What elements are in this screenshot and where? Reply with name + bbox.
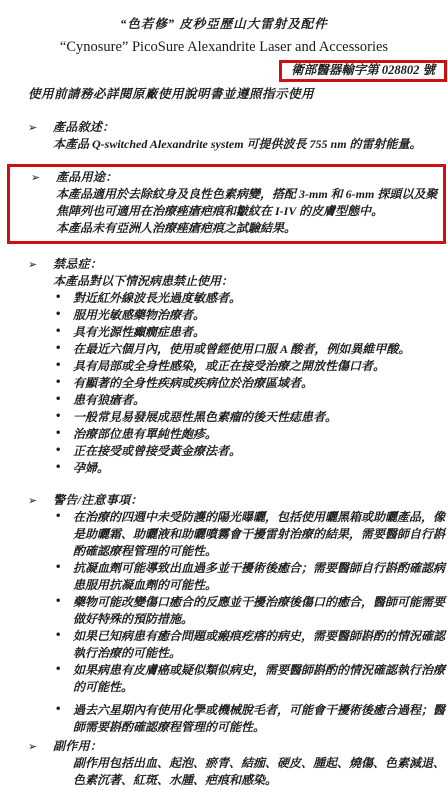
bullet-icon: • bbox=[55, 559, 61, 576]
description-body: 本產品 Q-switched Alexandrite system 可提供波長 … bbox=[53, 136, 444, 153]
bullet-icon: • bbox=[55, 340, 61, 357]
contraindication-text: 患有狼瘡者。 bbox=[73, 393, 145, 407]
contraindication-item: • 具有局部或全身性感染，或正在接受治療之開放性傷口者。 bbox=[73, 358, 448, 375]
contraindication-text: 治療部位患有單純性皰疹。 bbox=[73, 427, 217, 441]
contraindication-text: 具有光源性癲癇症患者。 bbox=[73, 325, 205, 339]
contraindication-text: 有顯著的全身性疾病或疾病位於治療區域者。 bbox=[73, 376, 313, 390]
section-side-effects: ➢ 副作用： 副作用包括出血、起泡、瘀青、結痂、硬皮、腫起、燒傷、色素減退、色素… bbox=[0, 738, 448, 789]
contraindications-intro: 本產品對以下情況病患禁止使用： bbox=[53, 273, 444, 290]
bullet-icon: • bbox=[55, 627, 61, 644]
contraindication-item: • 有顯著的全身性疾病或疾病位於治療區域者。 bbox=[73, 375, 448, 392]
section-warnings: ➢ 警告/注意事項： • 在治療的四週中未受防護的陽光曝曬，包括使用曬黑箱或助曬… bbox=[0, 492, 448, 736]
bullet-icon: • bbox=[55, 508, 61, 525]
bullet-icon: • bbox=[55, 459, 61, 476]
warning-item: • 抗凝血劑可能導致出血過多並干擾術後癒合；需要醫師自行斟酌確認病患服用抗凝血劑… bbox=[73, 560, 448, 594]
contraindication-item: • 治療部位患有單純性皰疹。 bbox=[73, 426, 448, 443]
section-head: ➢ 產品敘述： bbox=[0, 119, 448, 136]
contraindication-item: • 孕婦。 bbox=[73, 460, 448, 477]
document-page: “色若修” 皮秒亞歷山大雷射及配件 “Cynosure” PicoSure Al… bbox=[0, 0, 448, 795]
bullet-icon: • bbox=[55, 661, 61, 678]
warning-text: 抗凝血劑可能導致出血過多並干擾術後癒合；需要醫師自行斟酌確認病患服用抗凝血劑的可… bbox=[73, 561, 445, 592]
section-marker-icon: ➢ bbox=[28, 119, 53, 136]
title-en: “Cynosure” PicoSure Alexandrite Laser an… bbox=[0, 38, 448, 56]
section-marker-icon: ➢ bbox=[28, 256, 53, 273]
section-head: ➢ 產品用途： bbox=[10, 169, 441, 186]
bullet-icon: • bbox=[55, 289, 61, 306]
contraindication-text: 服用光敏感藥物治療者。 bbox=[73, 308, 205, 322]
warning-item: • 在治療的四週中未受防護的陽光曝曬，包括使用曬黑箱或助曬產品，像是助曬霜、助曬… bbox=[73, 509, 448, 560]
warning-text: 如果病患有皮膚癌或疑似類似病史，需要醫師斟酌的情況確認執行治療的可能性。 bbox=[73, 663, 445, 694]
section-contraindications: ➢ 禁忌症： 本產品對以下情況病患禁止使用： • 對近紅外線波長光過度敏感者。 … bbox=[0, 256, 448, 477]
section-label-description: 產品敘述： bbox=[53, 119, 115, 136]
warning-item: • 如果已知病患有癒合問題或瘢痕疙瘩的病史，需要醫師斟酌的情況確認執行治療的可能… bbox=[73, 628, 448, 662]
contraindication-item: • 正在接受或曾接受黃金療法者。 bbox=[73, 443, 448, 460]
contraindication-text: 對近紅外線波長光過度敏感者。 bbox=[73, 291, 241, 305]
bullet-icon: • bbox=[55, 701, 61, 718]
section-head: ➢ 副作用： bbox=[0, 738, 448, 755]
contraindication-item: • 服用光敏感藥物治療者。 bbox=[73, 307, 448, 324]
contraindication-item: • 一般常見易發展成惡性黑色素瘤的後天性痣患者。 bbox=[73, 409, 448, 426]
bullet-icon: • bbox=[55, 391, 61, 408]
bullet-icon: • bbox=[55, 374, 61, 391]
contraindication-text: 具有局部或全身性感染，或正在接受治療之開放性傷口者。 bbox=[73, 359, 385, 373]
bullet-icon: • bbox=[55, 425, 61, 442]
contraindication-text: 一般常見易發展成惡性黑色素瘤的後天性痣患者。 bbox=[73, 410, 337, 424]
bullet-icon: • bbox=[55, 357, 61, 374]
warning-text: 在治療的四週中未受防護的陽光曝曬，包括使用曬黑箱或助曬產品，像是助曬霜、助曬液和… bbox=[73, 510, 445, 558]
warning-item: • 過去六星期內有使用化學或機械脫毛者，可能會干擾術後癒合過程；醫師需要斟酌確認… bbox=[73, 702, 448, 736]
contraindication-text: 孕婦。 bbox=[73, 461, 109, 475]
bullet-icon: • bbox=[55, 593, 61, 610]
section-marker-icon: ➢ bbox=[31, 169, 56, 186]
bullet-icon: • bbox=[55, 306, 61, 323]
warning-item: • 藥物可能改變傷口癒合的反應並干擾治療後傷口的癒合，醫師可能需要做好特殊的預防… bbox=[73, 594, 448, 628]
section-label-warnings: 警告/注意事項： bbox=[53, 492, 143, 509]
section-label-contraindications: 禁忌症： bbox=[53, 256, 102, 273]
intended-use-body-1: 本產品適用於去除紋身及良性色素病變，搭配 3-mm 和 6-mm 探頭以及聚焦陣… bbox=[56, 186, 439, 220]
bullet-icon: • bbox=[55, 408, 61, 425]
license-number: 衛部醫器輸字第 028802 號 bbox=[291, 63, 435, 77]
warning-text: 過去六星期內有使用化學或機械脫毛者，可能會干擾術後癒合過程；醫師需要斟酌確認療程… bbox=[73, 703, 445, 734]
license-number-box: 衛部醫器輸字第 028802 號 bbox=[279, 60, 447, 82]
section-intended-use-highlight-box: ➢ 產品用途： 本產品適用於去除紋身及良性色素病變，搭配 3-mm 和 6-mm… bbox=[7, 164, 446, 244]
section-marker-icon: ➢ bbox=[28, 492, 53, 509]
side-effects-body: 副作用包括出血、起泡、瘀青、結痂、硬皮、腫起、燒傷、色素減退、色素沉著、紅斑、水… bbox=[73, 755, 446, 789]
bullet-icon: • bbox=[55, 442, 61, 459]
contraindication-text: 在最近六個月內，使用或曾經使用口服 A 酸者，例如異維甲酸。 bbox=[73, 342, 410, 356]
contraindication-item: • 在最近六個月內，使用或曾經使用口服 A 酸者，例如異維甲酸。 bbox=[73, 341, 448, 358]
contraindication-item: • 對近紅外線波長光過度敏感者。 bbox=[73, 290, 448, 307]
contraindication-item: • 具有光源性癲癇症患者。 bbox=[73, 324, 448, 341]
contraindication-text: 正在接受或曾接受黃金療法者。 bbox=[73, 444, 241, 458]
section-head: ➢ 警告/注意事項： bbox=[0, 492, 448, 509]
warning-item: • 如果病患有皮膚癌或疑似類似病史，需要醫師斟酌的情況確認執行治療的可能性。 bbox=[73, 662, 448, 696]
warning-text: 藥物可能改變傷口癒合的反應並干擾治療後傷口的癒合，醫師可能需要做好特殊的預防措施… bbox=[73, 595, 445, 626]
bullet-icon: • bbox=[55, 323, 61, 340]
section-head: ➢ 禁忌症： bbox=[0, 256, 448, 273]
title-zh: “色若修” 皮秒亞歷山大雷射及配件 bbox=[0, 0, 448, 33]
contraindication-item: • 患有狼瘡者。 bbox=[73, 392, 448, 409]
section-product-description: ➢ 產品敘述： 本產品 Q-switched Alexandrite syste… bbox=[0, 119, 448, 153]
section-marker-icon: ➢ bbox=[28, 738, 53, 755]
intended-use-body-2: 本產品未有亞洲人治療痤瘡疤痕之試驗結果。 bbox=[56, 220, 439, 237]
warning-text: 如果已知病患有癒合問題或瘢痕疙瘩的病史，需要醫師斟酌的情況確認執行治療的可能性。 bbox=[73, 629, 445, 660]
usage-notice: 使用前請務必詳閱原廠使用說明書並遵照指示使用 bbox=[28, 86, 448, 103]
license-row: 衛部醫器輸字第 028802 號 bbox=[0, 60, 448, 82]
section-label-side-effects: 副作用： bbox=[53, 738, 102, 755]
section-label-intended-use: 產品用途： bbox=[56, 169, 118, 186]
